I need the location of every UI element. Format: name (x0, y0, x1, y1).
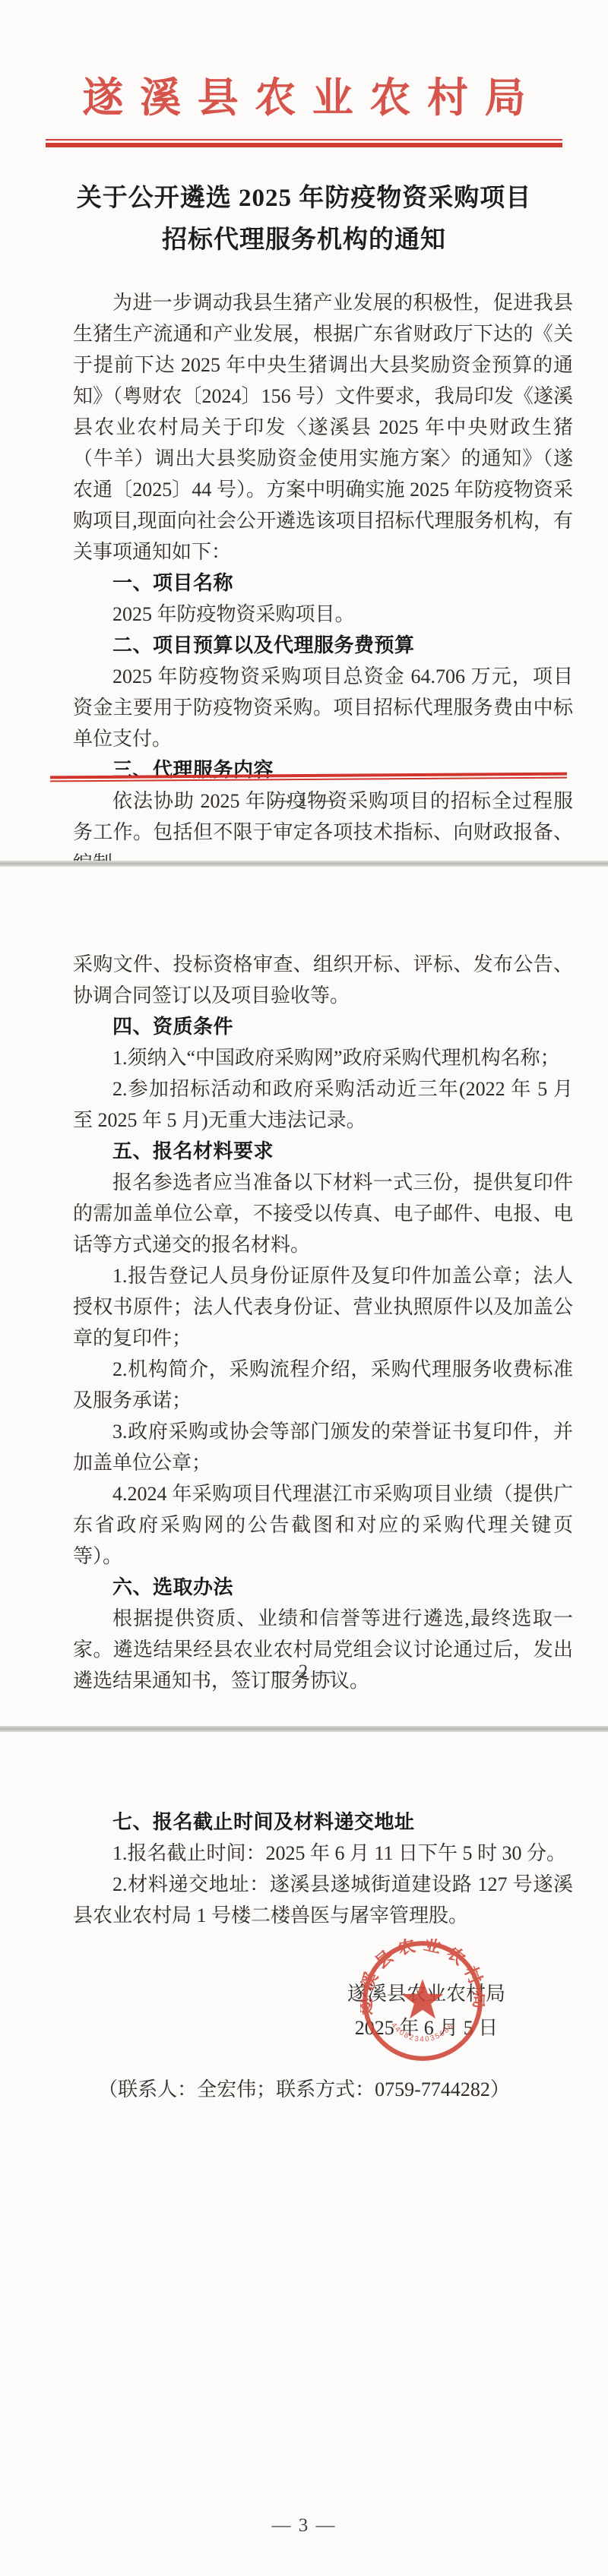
paragraph-budget: 2025 年防疫物资采购项目总资金 64.706 万元，项目资金主要用于防疫物资… (73, 661, 573, 754)
paragraph-deadline: 1.报名截止时间：2025 年 6 月 11 日下午 5 时 30 分。 (73, 1838, 573, 1869)
section-heading-5: 五、报名材料要求 (73, 1136, 573, 1167)
contact-line: （联系人：全宏伟；联系方式：0759-7744282） (0, 2074, 608, 2102)
paragraph-qualification-2: 2.参加招标活动和政府采购活动近三年(2022 年 5 月至 2025 年 5 … (73, 1073, 573, 1136)
agency-letterhead: 遂溪县农业农村局 (0, 77, 608, 119)
paragraph-materials-1: 1.报告登记人员身份证原件及复印件加盖公章；法人授权书原件；法人代表身份证、营业… (73, 1260, 573, 1354)
page-separator-1 (0, 861, 608, 867)
section-heading-6: 六、选取办法 (73, 1572, 573, 1603)
page-1: 遂溪县农业农村局 关于公开遴选 2025 年防疫物资采购项目 招标代理服务机构的… (0, 0, 608, 861)
letterhead-rule (46, 139, 562, 147)
section-heading-7: 七、报名截止时间及材料递交地址 (73, 1806, 573, 1838)
scanned-notice-document: 遂溪县农业农村局 关于公开遴选 2025 年防疫物资采购项目 招标代理服务机构的… (0, 0, 608, 2576)
page-number-1: — 1 — (0, 790, 608, 811)
page-2: 采购文件、投标资格审查、组织开标、评标、发布公告、协调合同签订以及项目验收等。 … (0, 867, 608, 1726)
svg-text:4408234035686: 4408234035686 (389, 2021, 456, 2044)
paragraph-continuation: 采购文件、投标资格审查、组织开标、评标、发布公告、协调合同签订以及项目验收等。 (73, 949, 573, 1011)
page-3: 七、报名截止时间及材料递交地址 1.报名截止时间：2025 年 6 月 11 日… (0, 1732, 608, 2576)
section-heading-2: 二、项目预算以及代理服务费预算 (73, 630, 573, 661)
seal-serial-number: 4408234035686 (389, 2021, 456, 2044)
section-heading-1: 一、项目名称 (73, 567, 573, 599)
seal-star-icon (402, 1979, 444, 2018)
paragraph-intro: 为进一步调动我县生猪产业发展的积极性，促进我县生猪生产流通和产业发展，根据广东省… (73, 287, 573, 567)
page-number-3: — 3 — (0, 2515, 608, 2536)
page-3-body: 七、报名截止时间及材料递交地址 1.报名截止时间：2025 年 6 月 11 日… (0, 1732, 608, 1931)
paragraph-materials-2: 2.机构简介，采购流程介绍，采购代理服务收费标准及服务承诺； (73, 1354, 573, 1416)
section-heading-4: 四、资质条件 (73, 1011, 573, 1042)
paragraph-qualification-1: 1.须纳入“中国政府采购网”政府采购代理机构名称； (73, 1042, 573, 1073)
paragraph-materials-3: 3.政府采购或协会等部门颁发的荣誉证书复印件，并加盖单位公章； (73, 1416, 573, 1478)
paragraph-address: 2.材料递交地址：遂溪县遂城街道建设路 127 号遂溪县农业农村局 1 号楼二楼… (73, 1869, 573, 1931)
page-separator-2 (0, 1726, 608, 1732)
rule-thick-line (46, 143, 562, 147)
document-title-line1: 关于公开遴选 2025 年防疫物资采购项目 (0, 178, 608, 220)
official-seal: 遂溪县农业农村局 4408234035686 (360, 1939, 485, 2063)
paragraph-project-name: 2025 年防疫物资采购项目。 (73, 599, 573, 630)
paragraph-materials-4: 4.2024 年采购项目代理湛江市采购项目业绩（提供广东省政府采购网的公告截图和… (73, 1478, 573, 1572)
page-2-body: 采购文件、投标资格审查、组织开标、评标、发布公告、协调合同签订以及项目验收等。 … (0, 867, 608, 1696)
paragraph-materials-intro: 报名参选者应当准备以下材料一式三份，提供复印件的需加盖单位公章，不接受以传真、电… (73, 1167, 573, 1260)
page-number-2: — 2 — (0, 1661, 608, 1683)
document-title-line2: 招标代理服务机构的通知 (0, 220, 608, 261)
document-title: 关于公开遴选 2025 年防疫物资采购项目 招标代理服务机构的通知 (0, 178, 608, 261)
